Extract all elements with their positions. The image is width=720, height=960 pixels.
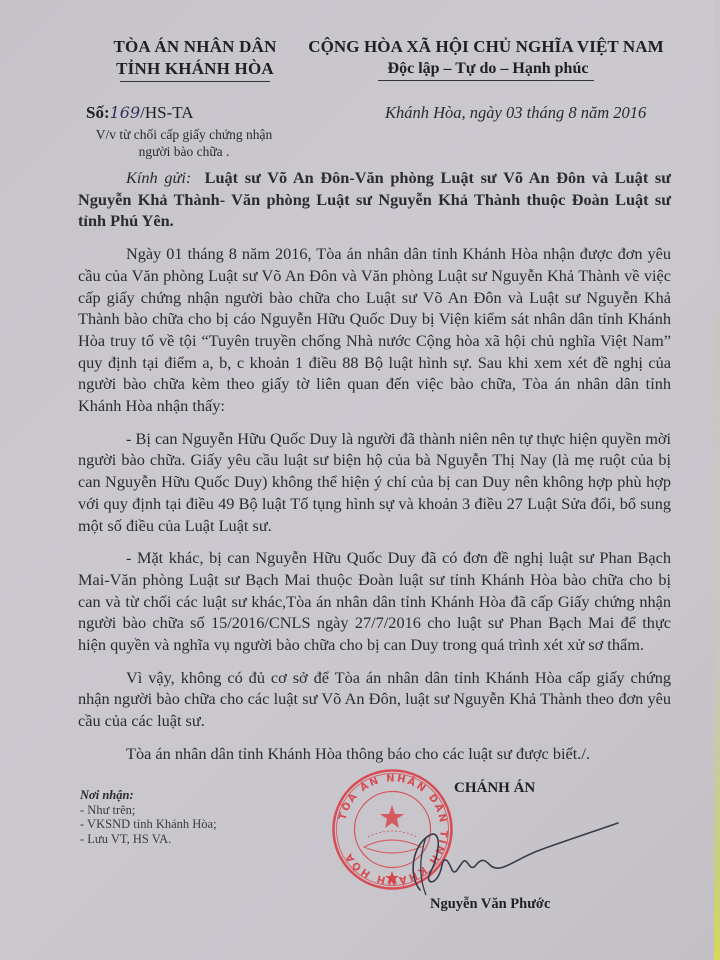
signature-icon [390, 795, 630, 905]
recipient-item: - Như trên; [80, 803, 217, 818]
subject-line-1: V/v từ chối cấp giấy chứng nhận [84, 126, 284, 143]
paragraph: Ngày 01 tháng 8 năm 2016, Tòa án nhân dâ… [78, 243, 671, 417]
document-number: Số:169/HS-TA [86, 103, 194, 123]
paragraph: - Bị can Nguyễn Hữu Quốc Duy là người đã… [78, 428, 671, 537]
number-handwritten: 169 [110, 103, 141, 122]
document-date: Khánh Hòa, ngày 03 tháng 8 năm 2016 [385, 103, 646, 123]
agency-name: TÒA ÁN NHÂN DÂN [95, 36, 295, 58]
addressee: Kính gửi: Luật sư Võ An Đôn-Văn phòng Lu… [78, 167, 671, 232]
national-header: CỘNG HÒA XÃ HỘI CHỦ NGHĨA VIỆT NAM Độc l… [296, 36, 676, 81]
number-suffix: /HS-TA [140, 103, 193, 122]
number-label: Số: [86, 103, 110, 122]
signer-name: Nguyễn Văn Phước [430, 896, 550, 913]
document-body: Kính gửi: Luật sư Võ An Đôn-Văn phòng Lu… [78, 167, 671, 765]
recipients-block: Nơi nhận: - Như trên; - VKSND tỉnh Khánh… [80, 788, 217, 846]
document-subject: V/v từ chối cấp giấy chứng nhận người bà… [84, 126, 284, 160]
paragraph: Vì vậy, không có đủ cơ sở để Tòa án nhân… [78, 667, 671, 732]
recipients-title: Nơi nhận: [80, 788, 217, 803]
addressee-label: Kính gửi: [126, 168, 191, 187]
agency-header: TÒA ÁN NHÂN DÂN TỈNH KHÁNH HÒA [95, 36, 295, 82]
subject-line-2: người bào chữa . [84, 143, 284, 160]
paragraph: Tòa án nhân dân tỉnh Khánh Hòa thông báo… [78, 743, 671, 765]
recipient-item: - Lưu VT, HS VA. [80, 832, 217, 847]
national-title: CỘNG HÒA XÃ HỘI CHỦ NGHĨA VIỆT NAM [296, 36, 676, 58]
recipient-item: - VKSND tỉnh Khánh Hòa; [80, 817, 217, 832]
agency-underline [120, 81, 270, 82]
national-motto: Độc lập – Tự do – Hạnh phúc [378, 58, 595, 81]
paragraph: - Mặt khác, bị can Nguyễn Hữu Quốc Duy đ… [78, 547, 671, 656]
page-edge [714, 0, 720, 960]
agency-province: TỈNH KHÁNH HÒA [95, 58, 295, 80]
